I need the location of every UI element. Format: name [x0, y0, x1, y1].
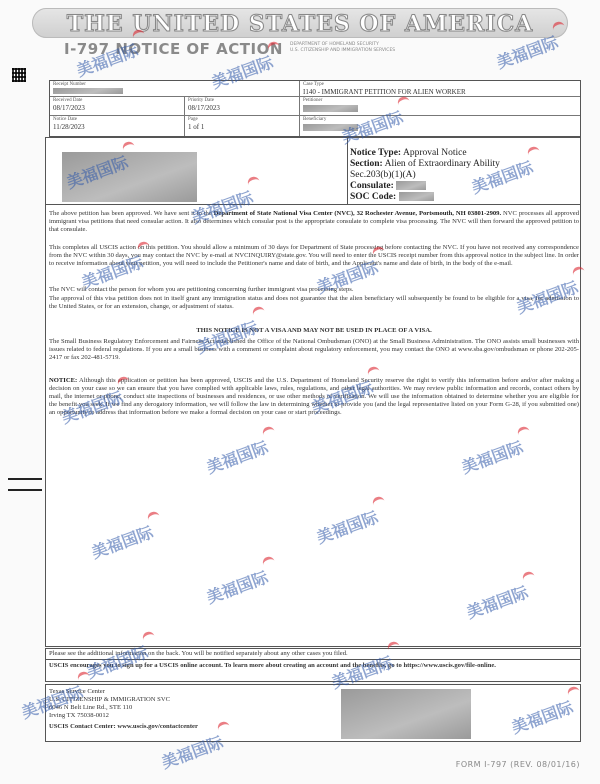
section-value: Alien of Extraordinary Ability [385, 159, 500, 169]
contact-center: USCIS Contact Center: www.uscis.gov/cont… [49, 723, 299, 731]
service-center-box: Texas Service Center U.S. CITIZENSHIP & … [45, 684, 581, 742]
service-center-address: Texas Service Center U.S. CITIZENSHIP & … [49, 688, 299, 731]
consulate-redacted [396, 181, 426, 190]
page-value: 1 of 1 [188, 123, 296, 131]
paragraph-nvc-contact: This completes all USCIS action on this … [49, 244, 579, 268]
section-code: Sec.203(b)(1)(A) [350, 170, 578, 181]
fold-mark [8, 478, 42, 480]
office-line: U.S. CITIZENSHIP & IMMIGRATION SVC [49, 696, 299, 704]
petitioner-label: Petitioner [303, 98, 577, 104]
department-name: DEPARTMENT OF HOMELAND SECURITY U.S. CIT… [290, 42, 395, 54]
notice-date-value: 11/28/2023 [53, 123, 181, 131]
petitioner-redacted [303, 105, 358, 112]
department-line: U.S. CITIZENSHIP AND IMMIGRATION SERVICE… [290, 48, 395, 54]
beneficiary-label: Beneficiary [303, 117, 577, 123]
case-type-value: I140 - IMMIGRANT PETITION FOR ALIEN WORK… [303, 88, 577, 96]
banner-title: THE UNITED STATES OF AMERICA [32, 11, 568, 37]
notice-date-cell: Notice Date 11/28/2023 [50, 116, 185, 136]
contact-link[interactable]: www.uscis.gov/contactcenter [117, 723, 198, 730]
receipt-number-redacted [53, 88, 123, 94]
notice-type-label: Notice Type: [350, 148, 401, 158]
page-cell: Page 1 of 1 [185, 116, 300, 136]
beneficiary-redacted [303, 124, 358, 131]
contact-label: USCIS Contact Center: [49, 723, 116, 730]
case-info-grid: Receipt Number Case Type I140 - IMMIGRAN… [49, 80, 581, 137]
paragraph-approval: The above petition has been approved. We… [49, 210, 579, 234]
additional-info-text: Please see the additional information on… [49, 650, 574, 658]
online-account-text[interactable]: USCIS encourages you to sign up for a US… [49, 662, 574, 670]
soc-label: SOC Code: [350, 192, 396, 202]
notice-text: Although this application or petition ha… [49, 377, 579, 416]
paragraph-ombudsman: The Small Business Regulatory Enforcemen… [49, 338, 579, 362]
notice-type-value: Approval Notice [403, 148, 467, 158]
consulate-label: Consulate: [350, 181, 394, 191]
soc-code: SOC Code: [350, 192, 578, 203]
nvc-address: Department of State National Visa Center… [214, 210, 501, 217]
fold-mark [8, 489, 42, 491]
section: Section: Alien of Extraordinary Ability [350, 159, 578, 170]
form-revision: FORM I-797 (REV. 08/01/16) [456, 760, 580, 769]
case-type-cell: Case Type I140 - IMMIGRANT PETITION FOR … [300, 81, 580, 97]
paragraph-verification-notice: NOTICE: Although this application or pet… [49, 377, 579, 417]
notice-summary: Notice Type: Approval Notice Section: Al… [350, 148, 578, 203]
seal-banner: THE UNITED STATES OF AMERICA [32, 8, 568, 38]
priority-date-cell: Priority Date 08/17/2023 [185, 97, 300, 116]
office-line: Texas Service Center [49, 688, 299, 696]
notice-type: Notice Type: Approval Notice [350, 148, 578, 159]
approval-text: The above petition has been approved. We… [49, 210, 214, 217]
soc-redacted [399, 192, 434, 201]
barcode-redacted [341, 689, 471, 739]
office-line: 6046 N Belt Line Rd., STE 110 [49, 704, 299, 712]
notice-divider [45, 204, 580, 205]
visa-warning: THIS NOTICE IS NOT A VISA AND MAY NOT BE… [49, 327, 579, 335]
paragraph-status-disclaimer: The approval of this visa petition does … [49, 295, 579, 311]
received-date-value: 08/17/2023 [53, 104, 181, 112]
form-title: I-797 NOTICE OF ACTION [64, 40, 283, 58]
petitioner-cell: Petitioner [300, 97, 580, 116]
consulate: Consulate: [350, 181, 578, 192]
priority-date-value: 08/17/2023 [188, 104, 296, 112]
online-account-box: USCIS encourages you to sign up for a US… [45, 659, 581, 682]
paragraph-nvc-steps: The NVC will contact the person for whom… [49, 286, 579, 294]
received-date-cell: Received Date 08/17/2023 [50, 97, 185, 116]
notice-divider [347, 137, 348, 204]
section-label: Section: [350, 159, 383, 169]
beneficiary-cell: Beneficiary [300, 116, 580, 136]
address-redacted [62, 152, 197, 202]
barcode-icon [12, 68, 26, 82]
office-line: Irving TX 75038-0012 [49, 712, 299, 720]
notice-label: NOTICE: [49, 377, 77, 384]
receipt-number-cell: Receipt Number [50, 81, 300, 97]
